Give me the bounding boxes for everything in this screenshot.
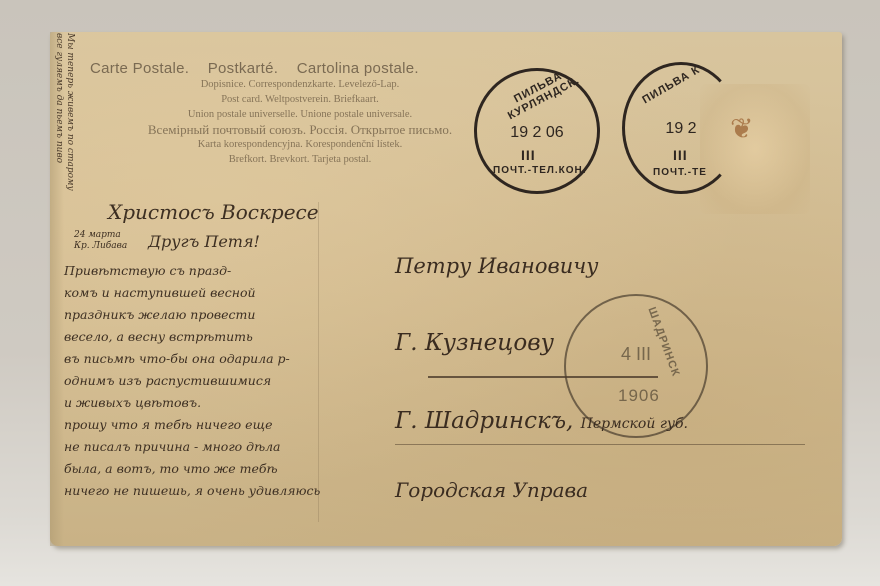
message-title: Христосъ Воскресе [108, 200, 319, 224]
address-guide-line [395, 444, 805, 445]
message-line: Привѣтствую съ празд- [64, 260, 320, 282]
message-line: весело, а весну встрѣтить [64, 326, 320, 348]
header-title-fr: Carte Postale. [90, 60, 189, 77]
margin-note-line: все гуляемъ да пьемъ пиво [53, 33, 64, 353]
postmark-month: III [673, 147, 688, 163]
message-line: въ письмѣ что-бы она одарила р- [64, 348, 320, 370]
header-line: Post card. Weltpostverein. Briefkaart. [90, 92, 510, 107]
message-line: однимъ изъ распустившимися [64, 370, 320, 392]
header-title-it: Cartolina postale. [297, 60, 419, 77]
postmark-bottom-text: ПОЧТ.-ТЕЛ.КОН. [493, 165, 587, 176]
printed-header: Carte Postale. Postkarté. Cartolina post… [90, 60, 510, 167]
message-greeting: Другъ Петя! [148, 232, 260, 251]
postmark-date: 4 III [566, 344, 706, 365]
header-line: Union postale universelle. Unione postal… [90, 107, 510, 122]
message-line: была, а вотъ, то что же тебѣ [64, 458, 320, 480]
header-title-de: Postkarté. [208, 60, 279, 77]
postmark-month: III [521, 147, 536, 163]
postmark-year: 1906 [618, 386, 660, 406]
header-line-russian: Всемірный почтовый союзъ. Россія. Открыт… [90, 122, 510, 137]
address-city-line: Г. Шадринскъ, Пермской губ. [395, 408, 688, 434]
address-recipient-surname: Г. Кузнецову [395, 330, 554, 356]
postmark-bottom-text: ПОЧТ.-ТЕ [653, 167, 707, 178]
postmark-date: 19 2 06 [477, 124, 597, 142]
message-line: прошу что я тебѣ ничего еще [64, 414, 320, 436]
date-note-line: 24 марта [74, 230, 127, 241]
address-city: Г. Шадринскъ, [395, 408, 573, 434]
message-body: Привѣтствую съ празд- комъ и наступившей… [64, 260, 320, 502]
postcard: Carte Postale. Postkarté. Cartolina post… [50, 32, 842, 546]
address-underline [428, 376, 658, 378]
message-line: не писалъ причина - много дѣла [64, 436, 320, 458]
postmark-ring-text: ШАДРИНСК [645, 306, 681, 379]
header-line: Karta korespondencyjna. Korespondenční l… [90, 137, 510, 152]
message-line: ничего не пишешь, я очень удивляюсь [64, 480, 320, 502]
header-line: Brefkort. Brevkort. Tarjeta postal. [90, 152, 510, 167]
address-recipient-name: Петру Ивановичу [395, 254, 598, 278]
message-date-note: 24 марта Кр. Либава [74, 230, 127, 252]
address-region: Пермской губ. [581, 416, 688, 432]
address-office: Городская Управа [395, 478, 588, 502]
header-line: Dopisnice. Correspondenzkarte. Levelező-… [90, 77, 510, 92]
postmark-ring-text: ПИЛЬВА К [640, 64, 702, 107]
message-line: комъ и наступившей весной [64, 282, 320, 304]
date-note-line: Кр. Либава [74, 241, 127, 252]
message-line: и живыхъ цвѣтовъ. [64, 392, 320, 414]
header-title-line: Carte Postale. Postkarté. Cartolina post… [90, 60, 510, 77]
message-line: праздникъ желаю провести [64, 304, 320, 326]
postmark-1: ПИЛЬВА КУРЛЯНДСК. 19 2 06 III ПОЧТ.-ТЕЛ.… [474, 68, 600, 194]
postmark-2: ПИЛЬВА К 19 2 III ПОЧТ.-ТЕ [622, 62, 740, 194]
postmark-date: 19 2 [625, 120, 737, 138]
